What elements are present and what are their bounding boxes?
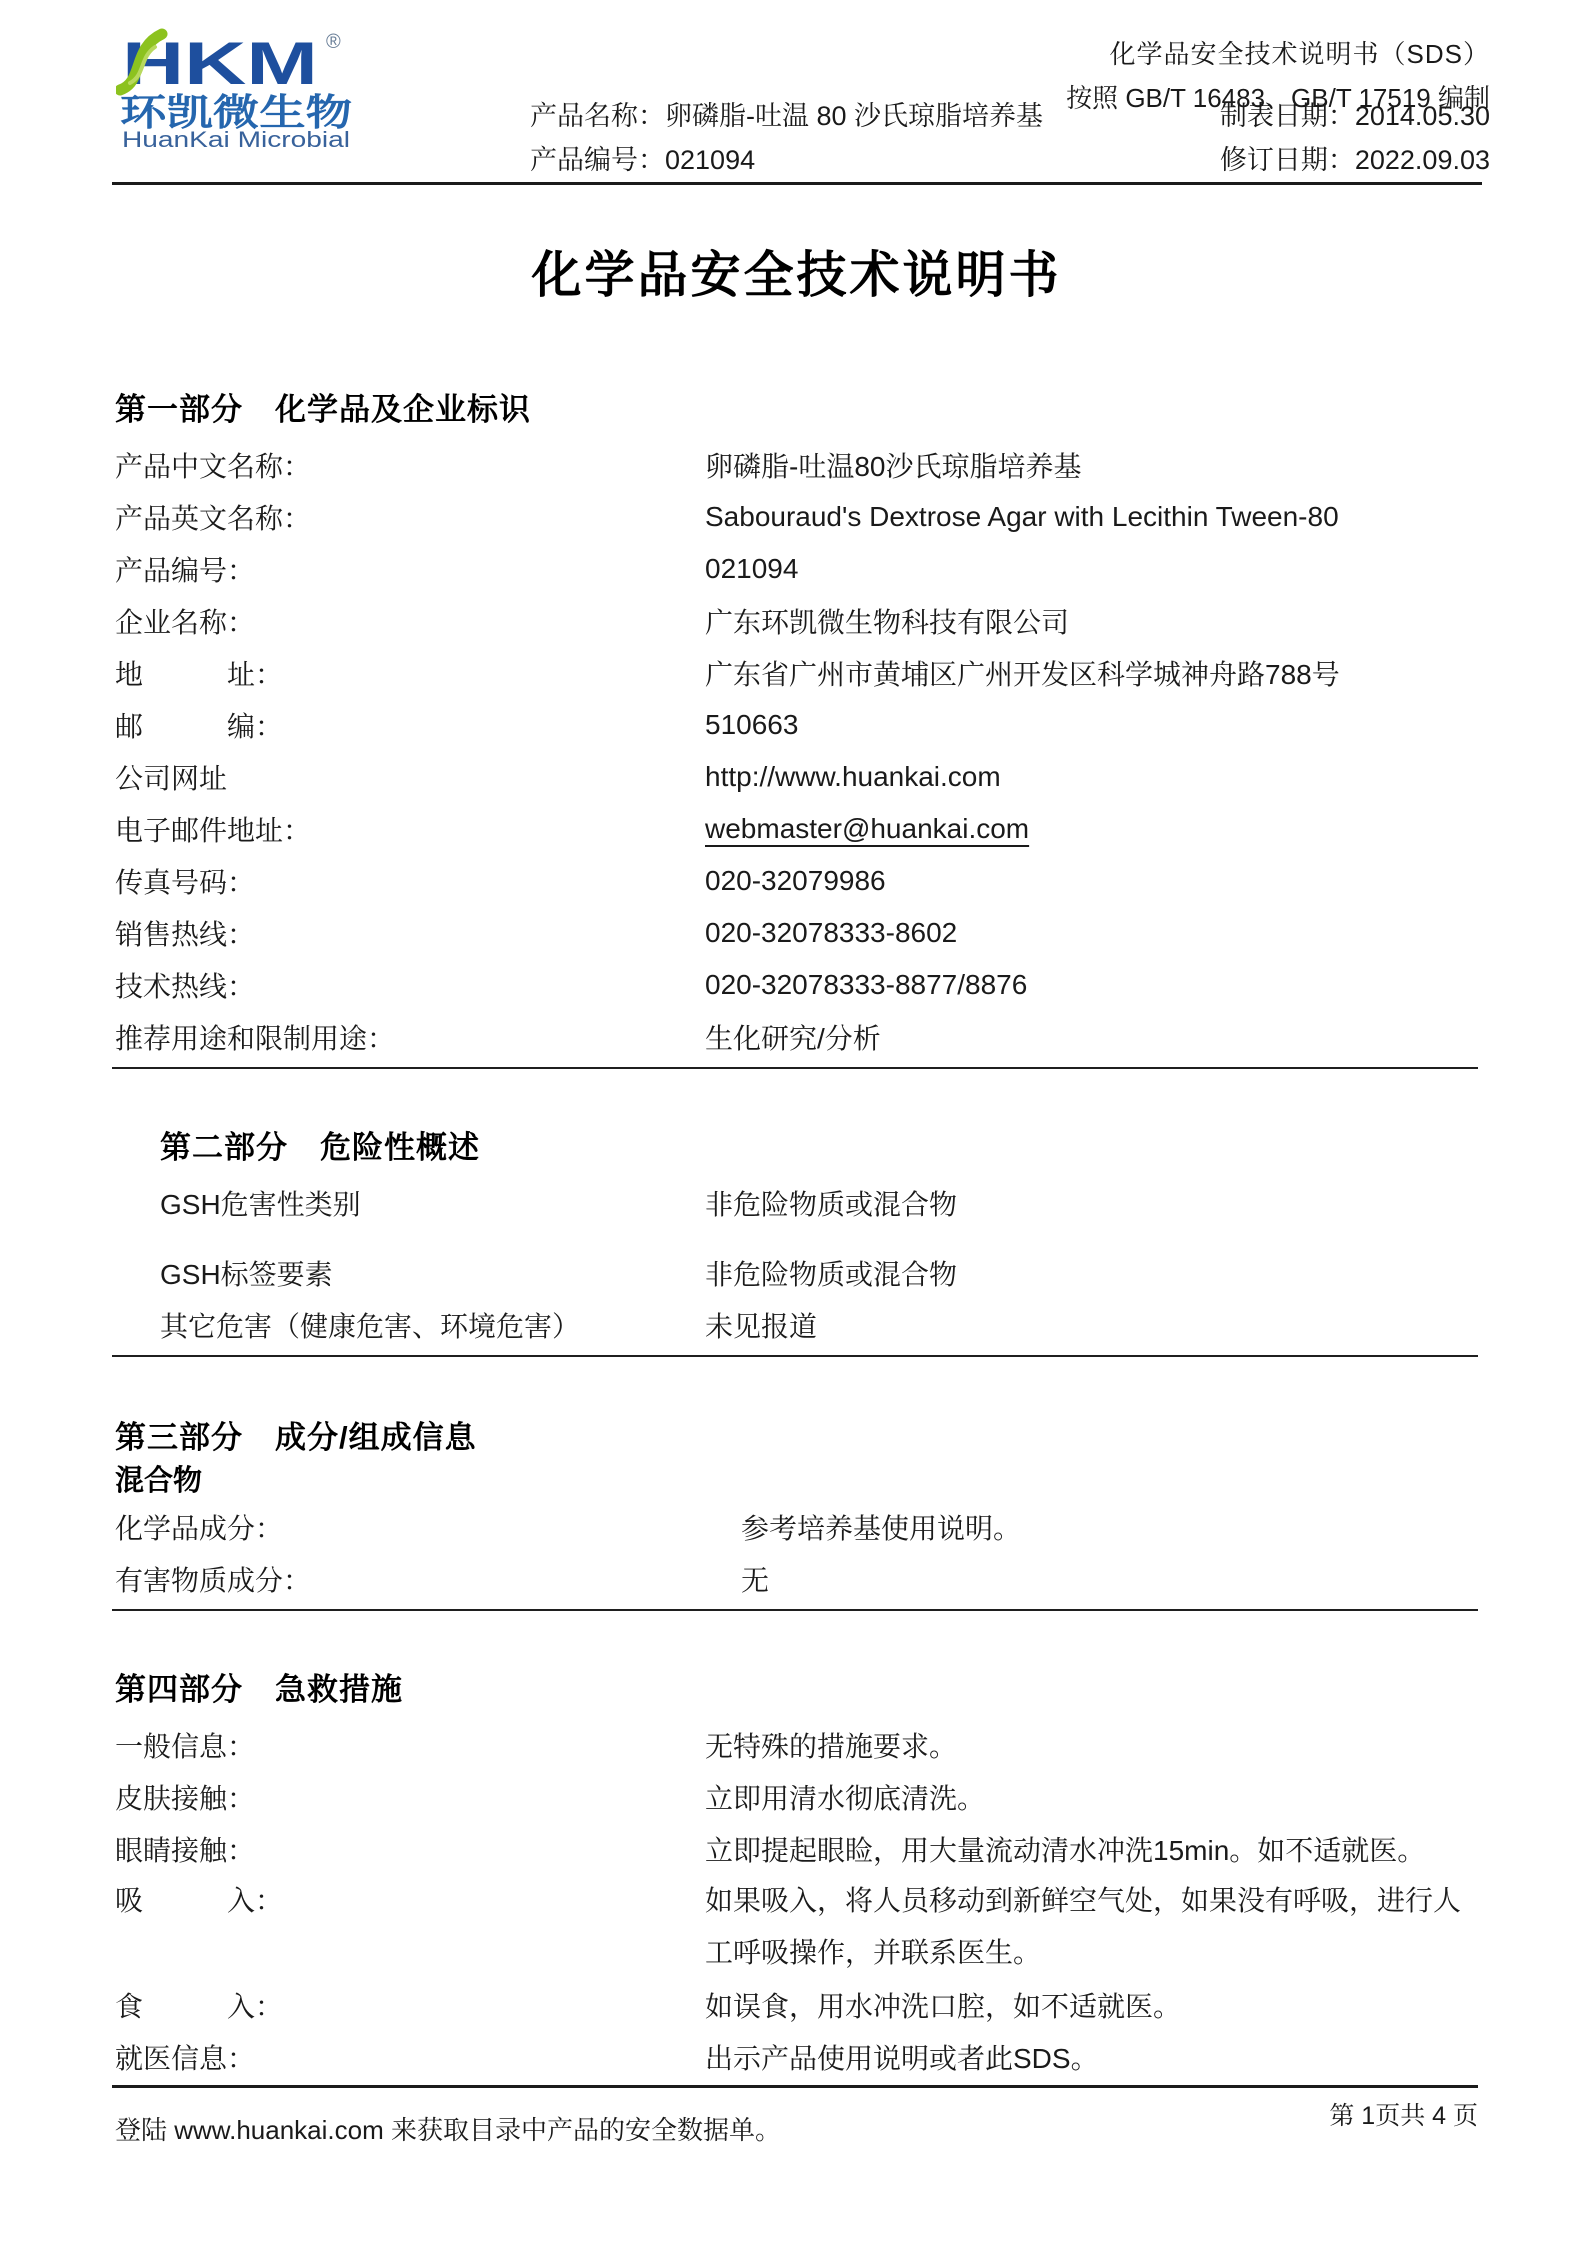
field-value: 非危险物质或混合物: [705, 1253, 957, 1293]
field-row: 就医信息： 出示产品使用说明或者此SDS。: [115, 2031, 1478, 2083]
field-value: 020-32079986: [705, 865, 886, 897]
company-logo: HKM ® 环凯微生物 HuanKai Microbial: [116, 26, 368, 155]
field-value: 无: [705, 1559, 769, 1599]
field-row: 产品中文名称： 卵磷脂-吐温80沙氏琼脂培养基: [115, 439, 1478, 491]
field-value: 广东省广州市黄埔区广州开发区科学城神舟路788号: [705, 653, 1340, 693]
field-label: 眼睛接触：: [115, 1829, 705, 1869]
field-row: 地 址： 广东省广州市黄埔区广州开发区科学城神舟路788号: [115, 647, 1478, 699]
section-4-heading: 第四部分 急救措施: [115, 1665, 1478, 1707]
field-value: 021094: [705, 553, 798, 585]
field-label: 传真号码：: [115, 861, 705, 901]
section-3-heading: 第三部分 成分/组成信息: [115, 1413, 1478, 1455]
created-date-value: 2014.05.30: [1355, 101, 1490, 131]
field-value: 生化研究/分析: [705, 1017, 881, 1057]
field-value[interactable]: webmaster@huankai.com: [705, 813, 1029, 845]
field-row: 传真号码： 020-32079986: [115, 855, 1478, 907]
header-product-code: 产品编号：021094: [530, 138, 755, 177]
field-row: 产品编号： 021094: [115, 543, 1478, 595]
section-first-aid: 第四部分 急救措施 一般信息： 无特殊的措施要求。 皮肤接触： 立即用清水彻底清…: [115, 1665, 1478, 2088]
header-revised-date: 修订日期：2022.09.03: [1220, 138, 1490, 177]
field-row: 公司网址 http://www.huankai.com: [115, 751, 1478, 803]
field-label: 技术热线：: [115, 965, 705, 1005]
field-row: 食 入： 如误食，用水冲洗口腔，如不适就医。: [115, 1979, 1478, 2031]
sds-document-page: HKM ® 环凯微生物 HuanKai Microbial 化学品安全技术说明书…: [0, 0, 1587, 2245]
field-value: 卵磷脂-吐温80沙氏琼脂培养基: [705, 445, 1081, 485]
field-row: 企业名称： 广东环凯微生物科技有限公司: [115, 595, 1478, 647]
field-value: 参考培养基使用说明。: [705, 1507, 1021, 1547]
field-label: 邮 编：: [115, 705, 705, 745]
section-3-rows: 化学品成分： 参考培养基使用说明。 有害物质成分： 无: [115, 1501, 1478, 1605]
section-2-heading: 第二部分 危险性概述: [115, 1123, 1478, 1165]
field-row: 电子邮件地址： webmaster@huankai.com: [115, 803, 1478, 855]
field-value: 020-32078333-8877/8876: [705, 969, 1027, 1001]
field-value: 广东环凯微生物科技有限公司: [705, 601, 1069, 641]
header-product-name: 产品名称：卵磷脂-吐温 80 沙氏琼脂培养基: [530, 94, 1043, 133]
field-label: 皮肤接触：: [115, 1777, 705, 1817]
field-label: 销售热线：: [115, 913, 705, 953]
field-row: GSH危害性类别 非危险物质或混合物: [115, 1177, 1478, 1229]
revised-date-label: 修订日期：: [1220, 145, 1355, 175]
page-footer: 登陆 www.huankai.com 来获取目录中产品的安全数据单。 第 1页共…: [115, 2088, 1478, 2147]
field-value: 立即用清水彻底清洗。: [705, 1777, 985, 1817]
footer-note: 登陆 www.huankai.com 来获取目录中产品的安全数据单。: [115, 2110, 781, 2147]
page-number: 第 1页共 4 页: [1329, 2096, 1478, 2132]
field-value: 020-32078333-8602: [705, 917, 957, 949]
field-value: 出示产品使用说明或者此SDS。: [705, 2037, 1099, 2077]
field-value: 无特殊的措施要求。: [705, 1725, 957, 1765]
header-product-name-label: 产品名称：: [530, 101, 665, 131]
field-label: 其它危害（健康危害、环境危害）: [160, 1305, 705, 1345]
field-value: 如误食，用水冲洗口腔，如不适就医。: [705, 1985, 1181, 2025]
field-row: 化学品成分： 参考培养基使用说明。: [115, 1501, 1478, 1553]
field-row: 吸 入： 如果吸入，将人员移动到新鲜空气处，如果没有呼吸，进行人工呼吸操作，并联…: [115, 1875, 1478, 1979]
field-label: GSH危害性类别: [160, 1183, 705, 1223]
field-label: 产品编号：: [115, 549, 705, 589]
hkm-logo-graphic: HKM ® 环凯微生物 HuanKai Microbial: [116, 26, 368, 150]
field-label: 推荐用途和限制用途：: [115, 1017, 705, 1057]
field-row: 推荐用途和限制用途： 生化研究/分析: [115, 1011, 1478, 1063]
header-doc-type: 化学品安全技术说明书（SDS）: [1110, 34, 1490, 71]
document-title: 化学品安全技术说明书: [115, 235, 1478, 307]
field-label: 一般信息：: [115, 1725, 705, 1765]
registered-trademark-icon: ®: [326, 31, 341, 53]
section-1-heading: 第一部分 化学品及企业标识: [115, 385, 1478, 427]
header-product-code-value: 021094: [665, 145, 755, 175]
field-label: 公司网址: [115, 757, 705, 797]
field-label: 企业名称：: [115, 601, 705, 641]
field-row: 一般信息： 无特殊的措施要求。: [115, 1719, 1478, 1771]
field-row: 产品英文名称： Sabouraud's Dextrose Agar with L…: [115, 491, 1478, 543]
field-row: GSH标签要素 非危险物质或混合物: [115, 1247, 1478, 1299]
field-label: 电子邮件地址：: [115, 809, 705, 849]
field-value: http://www.huankai.com: [705, 761, 1001, 793]
field-value: 510663: [705, 709, 798, 741]
field-label: 化学品成分：: [115, 1507, 705, 1547]
section-divider: [112, 1067, 1478, 1069]
field-label: 吸 入：: [115, 1875, 705, 1927]
field-value: 未见报道: [705, 1305, 817, 1345]
field-label: 食 入：: [115, 1985, 705, 2025]
field-value: 立即提起眼睑，用大量流动清水冲洗15min。如不适就医。: [705, 1829, 1425, 1869]
field-label: GSH标签要素: [160, 1253, 705, 1293]
field-label: 有害物质成分：: [115, 1559, 705, 1599]
field-label: 产品中文名称：: [115, 445, 705, 485]
field-row: 邮 编： 510663: [115, 699, 1478, 751]
section-composition: 第三部分 成分/组成信息 混合物 化学品成分： 参考培养基使用说明。 有害物质成…: [115, 1413, 1478, 1611]
revised-date-value: 2022.09.03: [1355, 145, 1490, 175]
field-row: 其它危害（健康危害、环境危害） 未见报道: [115, 1299, 1478, 1351]
field-label: 地 址：: [115, 653, 705, 693]
header-product-code-label: 产品编号：: [530, 145, 665, 175]
created-date-label: 制表日期：: [1220, 101, 1355, 131]
field-row: 技术热线： 020-32078333-8877/8876: [115, 959, 1478, 1011]
field-label: 就医信息：: [115, 2037, 705, 2077]
section-divider: [112, 1609, 1478, 1611]
section-1-rows: 产品中文名称： 卵磷脂-吐温80沙氏琼脂培养基 产品英文名称： Sabourau…: [115, 439, 1478, 1063]
field-value: 非危险物质或混合物: [705, 1183, 957, 1223]
section-2-rows: GSH危害性类别 非危险物质或混合物 GSH标签要素 非危险物质或混合物 其它危…: [115, 1177, 1478, 1351]
field-label: 产品英文名称：: [115, 497, 705, 537]
section-hazards-overview: 第二部分 危险性概述 GSH危害性类别 非危险物质或混合物 GSH标签要素 非危…: [115, 1123, 1478, 1357]
field-row: 眼睛接触： 立即提起眼睑，用大量流动清水冲洗15min。如不适就医。: [115, 1823, 1478, 1875]
field-value: 如果吸入，将人员移动到新鲜空气处，如果没有呼吸，进行人工呼吸操作，并联系医生。: [705, 1875, 1478, 1979]
logo-english-name: HuanKai Microbial: [122, 127, 350, 150]
header-product-name-value: 卵磷脂-吐温 80 沙氏琼脂培养基: [665, 101, 1043, 131]
field-value: Sabouraud's Dextrose Agar with Lecithin …: [705, 501, 1339, 533]
field-row: 销售热线： 020-32078333-8602: [115, 907, 1478, 959]
mixture-subheading: 混合物: [115, 1457, 1478, 1499]
header-created-date: 制表日期：2014.05.30: [1220, 94, 1490, 133]
section-identification: 第一部分 化学品及企业标识 产品中文名称： 卵磷脂-吐温80沙氏琼脂培养基 产品…: [115, 385, 1478, 1069]
section-divider: [112, 1355, 1478, 1357]
document-body: 化学品安全技术说明书 第一部分 化学品及企业标识 产品中文名称： 卵磷脂-吐温8…: [115, 185, 1478, 2147]
field-row: 有害物质成分： 无: [115, 1553, 1478, 1605]
section-4-rows: 一般信息： 无特殊的措施要求。 皮肤接触： 立即用清水彻底清洗。 眼睛接触： 立…: [115, 1719, 1478, 2083]
field-row: 皮肤接触： 立即用清水彻底清洗。: [115, 1771, 1478, 1823]
